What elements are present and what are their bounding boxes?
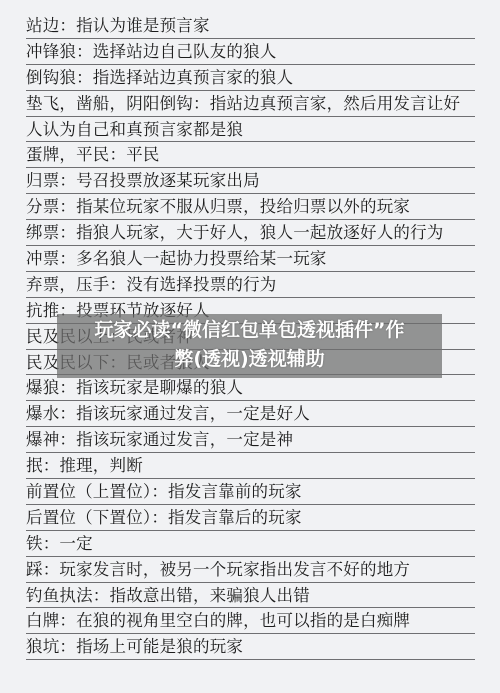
glossary-row: 狼坑：指场上可能是狼的玩家: [26, 634, 475, 660]
glossary-row: 爆神：指该玩家通过发言，一定是神: [26, 427, 475, 453]
glossary-row: 钓鱼执法：指故意出错，来骗狼人出错: [26, 583, 475, 609]
caption-line-1: 玩家必读“微信红包单包透视插件”作: [57, 316, 442, 345]
glossary-row: 后置位（下置位）：指发言靠后的玩家: [26, 505, 475, 531]
glossary-row: 蛋牌，平民：平民: [26, 142, 475, 168]
glossary-row: 垫飞，凿船，阴阳倒钩：指站边真预言家，然后用发言让好: [26, 91, 475, 117]
glossary-row: 抿：推理，判断: [26, 453, 475, 479]
glossary-row: 绑票：指狼人玩家，大于好人，狼人一起放逐好人的行为: [26, 220, 475, 246]
glossary-row: 前置位（上置位）：指发言靠前的玩家: [26, 479, 475, 505]
glossary-row: 冲锋狼：选择站边自己队友的狼人: [26, 39, 475, 65]
glossary-row: 爆狼：指该玩家是聊爆的狼人: [26, 375, 475, 401]
glossary-row: 分票：指某位玩家不服从归票，投给归票以外的玩家: [26, 194, 475, 220]
glossary-row: 白牌：在狼的视角里空白的牌，也可以指的是白痴牌: [26, 608, 475, 634]
glossary-row: 倒钩狼：指选择站边真预言家的狼人: [26, 65, 475, 91]
glossary-row: 弃票，压手：没有选择投票的行为: [26, 272, 475, 298]
glossary-row: 踩：玩家发言时，被另一个玩家指出发言不好的地方: [26, 557, 475, 583]
glossary-row: 归票：号召投票放逐某玩家出局: [26, 168, 475, 194]
glossary-row: 站边：指认为谁是预言家: [26, 13, 475, 39]
glossary-row: 人认为自己和真预言家都是狼: [26, 117, 475, 143]
glossary-row: 爆水：指该玩家通过发言，一定是好人: [26, 401, 475, 427]
caption-line-2: 弊(透视)透视辅助: [57, 345, 442, 374]
glossary-row: 冲票：多名狼人一起协力投票给某一玩家: [26, 246, 475, 272]
glossary-row: 铁：一定: [26, 531, 475, 557]
caption-overlay: 玩家必读“微信红包单包透视插件”作 弊(透视)透视辅助: [57, 316, 442, 374]
